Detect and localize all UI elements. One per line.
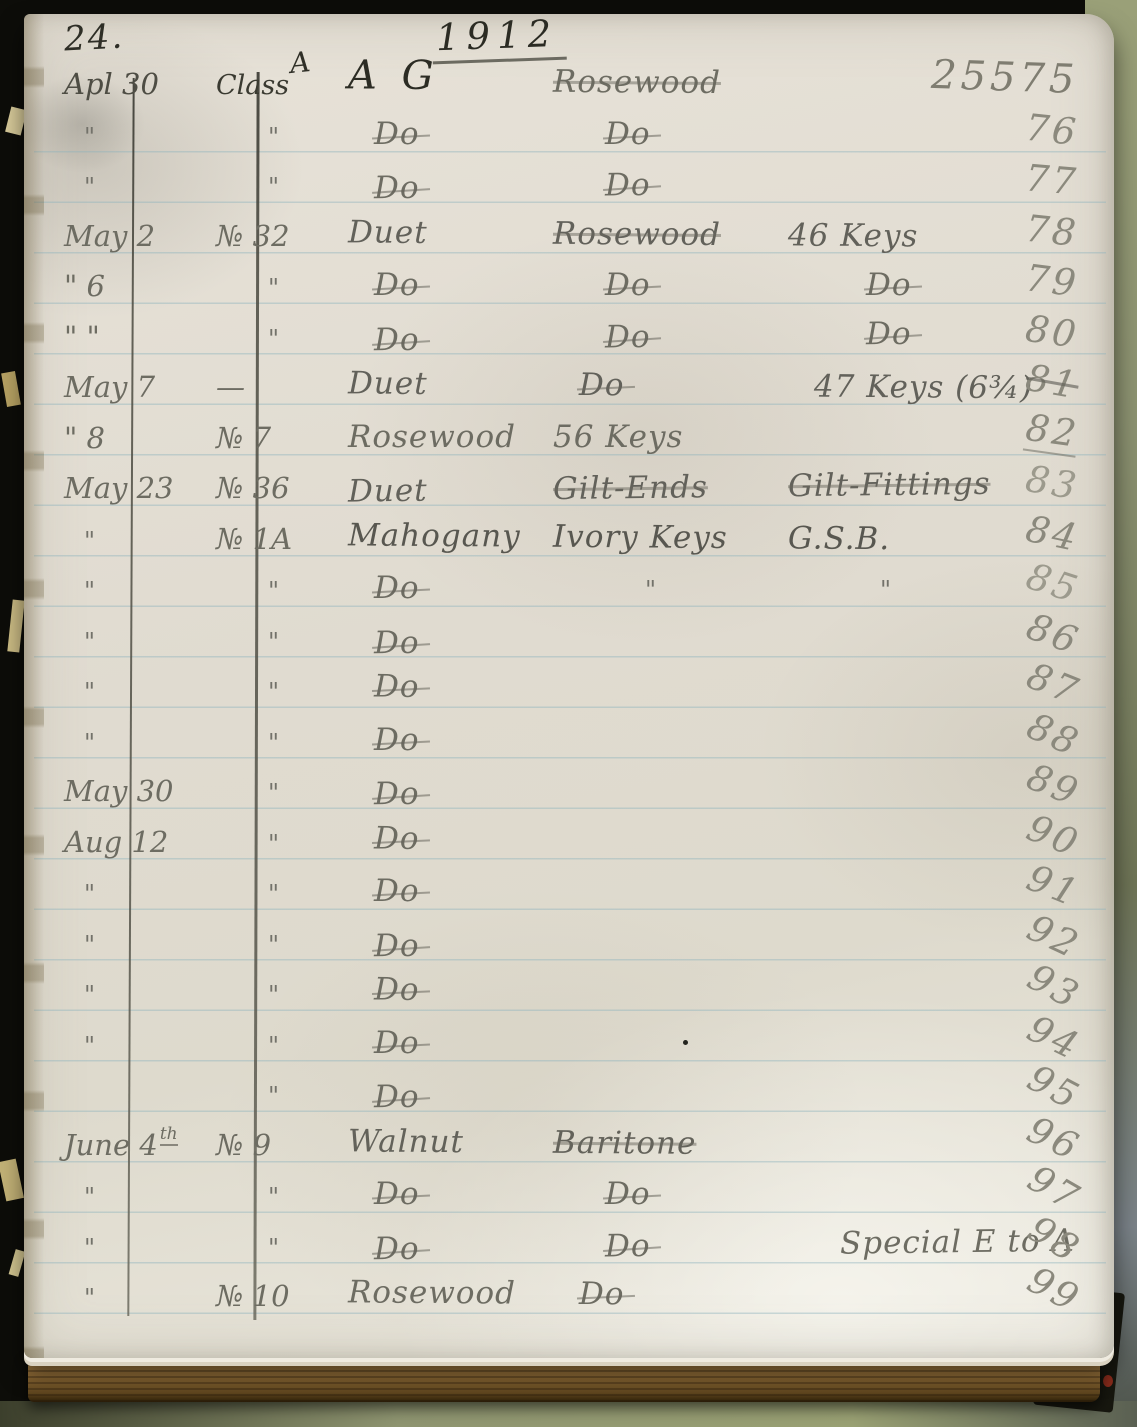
date-text: " 8 [64, 421, 105, 455]
model-no-text: " [216, 123, 280, 151]
ledger-page: 24. 1912 Apl 30ClassAA GRosewood25575""D… [24, 14, 1114, 1358]
model-no-cell: — [210, 370, 348, 404]
date-cell: June 4th [52, 1128, 210, 1162]
ledger-row: ""DoDoSpecial E to A98 [52, 1219, 1104, 1263]
date-cell: Apl 30 [52, 67, 210, 101]
torn-paper-chip [9, 1249, 26, 1277]
ledger-row: May 30"Do89 [52, 764, 1104, 808]
date-text: " [64, 1234, 96, 1262]
description-cell: Do"" [348, 570, 1104, 606]
backdrop-bottom [0, 1401, 1137, 1427]
date-text: May 7 [64, 370, 155, 404]
description-segment: Do [579, 267, 840, 303]
model-no-text: " [216, 880, 280, 908]
ledger-row: ""Do88 [52, 714, 1104, 758]
date-cell: Aug 12 [52, 825, 210, 859]
description-cell: Do [348, 668, 1104, 709]
serial-number: 92 [1021, 905, 1087, 966]
description-segment: Do [579, 116, 840, 152]
description-cell: DuetRosewood46 Keys [348, 214, 1104, 255]
description-segment: Do [553, 1276, 814, 1314]
description-cell: Do [348, 616, 1104, 661]
date-cell: " [52, 1178, 210, 1212]
date-cell: " [52, 926, 210, 960]
model-no-text: " [216, 981, 280, 1009]
description-segment: Do [348, 622, 579, 661]
model-no-cell: " [210, 774, 348, 808]
ledger-row: Apl 30ClassAA GRosewood25575 [52, 57, 1104, 101]
description-segment: G.S.B. [788, 520, 890, 557]
date-cell: May 23 [52, 471, 210, 505]
date-superscript: th [160, 1124, 178, 1146]
ledger-row: " 6"DoDoDo79 [52, 259, 1104, 303]
model-no-cell: " [210, 623, 348, 657]
model-no-text: " [216, 173, 280, 201]
description-cell: DoDoDo [348, 267, 1104, 303]
model-no-text: " [216, 1032, 280, 1060]
model-no-text: " [216, 1082, 280, 1110]
date-text: " [64, 628, 96, 656]
description-segment: Gilt-Fittings [788, 466, 991, 504]
description-segment: Duet [348, 471, 553, 510]
serial-number: 77 [1024, 156, 1081, 203]
description-segment: Do [348, 971, 579, 1009]
description-cell: Do [348, 873, 1104, 909]
description-segment: Do [348, 267, 579, 303]
model-no-cell: " [210, 269, 348, 303]
description-segment: Duet [348, 214, 553, 251]
date-text: " 6 [64, 269, 105, 303]
description-segment: Do [348, 722, 579, 758]
serial-number: 81 [1022, 356, 1082, 408]
description-cell: Do [348, 767, 1104, 812]
date-text: " [64, 678, 96, 706]
ledger-row: ""DoDo97 [52, 1168, 1104, 1212]
date-cell: " [52, 623, 210, 657]
model-no-text: " [216, 779, 280, 807]
date-text: " [64, 1284, 96, 1312]
date-text: Aug 12 [64, 825, 168, 859]
model-no-text: ClassA [216, 70, 289, 101]
date-cell: " [52, 1279, 210, 1313]
ledger-row: "№ 10RosewoodDo99 [52, 1269, 1104, 1313]
serial-number: 76 [1023, 105, 1080, 153]
date-text: " [64, 577, 96, 605]
date-text: Apl 30 [64, 67, 159, 101]
date-text: " [64, 527, 96, 555]
date-text: " [64, 1183, 96, 1211]
description-segment: Do [579, 1225, 840, 1264]
description-segment: Do [348, 820, 579, 858]
description-segment: Ivory Keys [553, 518, 788, 556]
model-no-cell: " [210, 572, 348, 606]
date-cell: " [52, 875, 210, 909]
description-cell: Rosewood56 Keys [348, 419, 1104, 455]
torn-paper-chip [7, 600, 24, 653]
description-segment: Rosewood [348, 1274, 553, 1311]
ledger-row: "№ 1AMahoganyIvory KeysG.S.B.84 [52, 512, 1104, 556]
description-cell: DoDoDo [348, 313, 1104, 358]
ledger-row: ""Do93 [52, 966, 1104, 1010]
description-segment: Do [348, 168, 579, 207]
description-segment: Do [348, 116, 579, 152]
ledger-row: ""DoDo76 [52, 108, 1104, 152]
cover-red-mark [1103, 1375, 1113, 1387]
model-no-text: № 9 [216, 1128, 271, 1162]
model-no-text: № 10 [216, 1279, 290, 1313]
ledger-row: ""Do92 [52, 916, 1104, 960]
date-cell: May 7 [52, 370, 210, 404]
date-cell: May 30 [52, 774, 210, 808]
description-segment: 47 Keys (6¾) [814, 369, 1033, 407]
description-cell: Do [348, 919, 1104, 964]
description-cell: DuetDo47 Keys (6¾) [348, 365, 1104, 406]
date-cell: " [52, 522, 210, 556]
description-segment: Do [348, 1228, 579, 1267]
description-segment: Do [348, 319, 579, 358]
ledger-row: May 7—DuetDo47 Keys (6¾)81 [52, 360, 1104, 404]
description-segment: Do [348, 668, 579, 706]
torn-paper-chip [1, 371, 21, 407]
ditto-mark: " [814, 576, 892, 604]
class-letter: A [288, 45, 312, 80]
description-segment: Do [553, 367, 814, 405]
model-no-cell: " [210, 926, 348, 960]
description-cell: DuetGilt-EndsGilt-Fittings [348, 464, 1104, 509]
model-no-cell: " [210, 1077, 348, 1111]
date-cell: " [52, 976, 210, 1010]
model-no-cell: " [210, 1027, 348, 1061]
date-text: " [64, 1032, 96, 1060]
model-no-text: " [216, 577, 280, 605]
date-text: " [64, 173, 96, 201]
model-no-cell: " [210, 724, 348, 758]
model-no-text: " [216, 628, 280, 656]
date-cell: " [52, 118, 210, 152]
model-no-cell: № 9 [210, 1128, 348, 1162]
date-cell: " [52, 724, 210, 758]
date-text: " [64, 880, 96, 908]
description-cell: Do [348, 722, 1104, 758]
description-segment: 46 Keys [788, 217, 919, 254]
serial-number: 95 [1021, 1056, 1088, 1119]
model-no-text: " [216, 830, 280, 858]
description-cell: Do [348, 820, 1104, 861]
description-segment: Do [348, 1176, 579, 1212]
model-no-text: " [216, 1183, 280, 1211]
date-cell: " [52, 1229, 210, 1263]
date-cell: " [52, 572, 210, 606]
description-cell: DoDo [348, 161, 1104, 206]
model-no-cell: " [210, 168, 348, 202]
photo-background: 24. 1912 Apl 30ClassAA GRosewood25575""D… [0, 0, 1137, 1427]
model-no-cell: " [210, 1178, 348, 1212]
date-cell: May 2 [52, 219, 210, 253]
model-no-text: " [216, 325, 280, 353]
date-text: June 4 [64, 1128, 158, 1162]
serial-number: 79 [1023, 256, 1081, 305]
model-no-text: № 36 [216, 471, 290, 505]
model-no-cell: № 32 [210, 219, 348, 253]
description-segment: Do [348, 873, 579, 909]
ledger-row: ""DoDo77 [52, 158, 1104, 202]
description-cell: DoDo [348, 116, 1104, 152]
date-text: May 23 [64, 471, 174, 505]
description-segment: Rosewood [553, 215, 788, 253]
description-segment: Gilt-Ends [553, 468, 788, 507]
date-text: " [64, 981, 96, 1009]
serial-number: 89 [1021, 755, 1086, 815]
model-no-cell: " [210, 976, 348, 1010]
date-text: " [64, 931, 96, 959]
ledger-row: ""Do""85 [52, 562, 1104, 606]
serial-number: 80 [1023, 306, 1082, 356]
ledger-row: ""Do94 [52, 1017, 1104, 1061]
model-no-cell: № 10 [210, 1279, 348, 1313]
description-segment: Baritone [553, 1124, 788, 1162]
model-no-text: " [216, 1234, 280, 1262]
ledger-row: ""Do87 [52, 663, 1104, 707]
serial-number: 82 [1023, 405, 1082, 457]
description-cell: Do [348, 1070, 1104, 1115]
description-segment: 56 Keys [553, 419, 788, 455]
description-segment: Do [840, 315, 912, 352]
model-no-text: — [216, 370, 245, 404]
date-cell: " [52, 168, 210, 202]
description-cell: DoDo [348, 1176, 1104, 1212]
model-no-cell: " [210, 673, 348, 707]
model-no-cell: " [210, 825, 348, 859]
description-segment: Do [348, 570, 579, 606]
description-segment: Rosewood [553, 64, 788, 102]
model-no-text: " [216, 729, 280, 757]
ledger-row: Aug 12"Do90 [52, 815, 1104, 859]
model-no-text: № 7 [216, 421, 271, 455]
model-no-cell: " [210, 118, 348, 152]
ditto-mark: " [579, 576, 657, 604]
date-cell: " [52, 673, 210, 707]
description-segment: Do [348, 774, 579, 813]
ledger-rows: Apl 30ClassAA GRosewood25575""DoDo76""Do… [24, 14, 1114, 1358]
ink-speck [683, 1040, 688, 1045]
description-segment: Do [579, 165, 840, 204]
date-text: May 2 [64, 219, 155, 253]
model-no-cell: ClassA [210, 67, 348, 101]
model-no-text: " [216, 274, 280, 302]
description-segment: A G [348, 52, 553, 99]
ledger-row: June 4th№ 9WalnutBaritone96 [52, 1118, 1104, 1162]
serial-number: 78 [1023, 206, 1080, 254]
model-no-text: " [216, 678, 280, 706]
date-cell: " 6 [52, 269, 210, 303]
ledger-row: ""Do91 [52, 865, 1104, 909]
description-segment: Do [348, 1077, 579, 1116]
book-fore-edge [28, 1358, 1100, 1402]
model-no-cell: № 36 [210, 471, 348, 505]
description-cell: WalnutBaritone [348, 1123, 1104, 1164]
date-cell: " 8 [52, 421, 210, 455]
ledger-row: May 23№ 36DuetGilt-EndsGilt-Fittings83 [52, 461, 1104, 505]
description-segment: Do [348, 925, 579, 964]
description-segment: " [814, 570, 892, 606]
description-segment: Walnut [348, 1123, 553, 1160]
model-no-text: № 32 [216, 219, 290, 253]
model-no-cell: " [210, 1229, 348, 1263]
description-cell: Do [348, 1025, 1104, 1061]
description-segment: Do [579, 316, 840, 355]
description-segment: Mahogany [348, 517, 553, 554]
description-cell: RosewoodDo [348, 1274, 1104, 1315]
model-no-cell: № 7 [210, 421, 348, 455]
date-text: May 30 [64, 774, 174, 808]
description-segment: Do [840, 267, 912, 303]
model-no-cell: " [210, 320, 348, 354]
description-segment: Do [579, 1176, 840, 1212]
model-no-cell: № 1A [210, 522, 348, 556]
ledger-row: May 2№ 32DuetRosewood46 Keys78 [52, 209, 1104, 253]
description-cell: MahoganyIvory KeysG.S.B. [348, 517, 1104, 558]
ledger-row: "Do95 [52, 1067, 1104, 1111]
description-cell: Do [348, 971, 1104, 1012]
serial-number: 86 [1021, 604, 1086, 663]
model-no-text: № 1A [216, 522, 292, 556]
torn-paper-chip [0, 1159, 24, 1202]
date-cell: " [52, 1027, 210, 1061]
date-text: " " [64, 320, 100, 354]
ledger-row: ""Do86 [52, 613, 1104, 657]
ledger-row: " ""DoDoDo80 [52, 310, 1104, 354]
description-segment: Do [348, 1025, 579, 1061]
model-no-text: " [216, 931, 280, 959]
serial-number: 98 [1021, 1207, 1089, 1272]
ledger-row: " 8№ 7Rosewood56 Keys82 [52, 411, 1104, 455]
date-text: " [64, 729, 96, 757]
date-cell: " " [52, 320, 210, 354]
serial-number: 25575 [930, 52, 1079, 103]
description-segment: " [579, 570, 814, 606]
date-text: " [64, 123, 96, 151]
model-no-cell: " [210, 875, 348, 909]
description-segment: Rosewood [348, 419, 553, 455]
serial-number: 83 [1022, 457, 1082, 509]
description-segment: Duet [348, 365, 553, 402]
description-cell: DoDoSpecial E to A [348, 1222, 1104, 1267]
